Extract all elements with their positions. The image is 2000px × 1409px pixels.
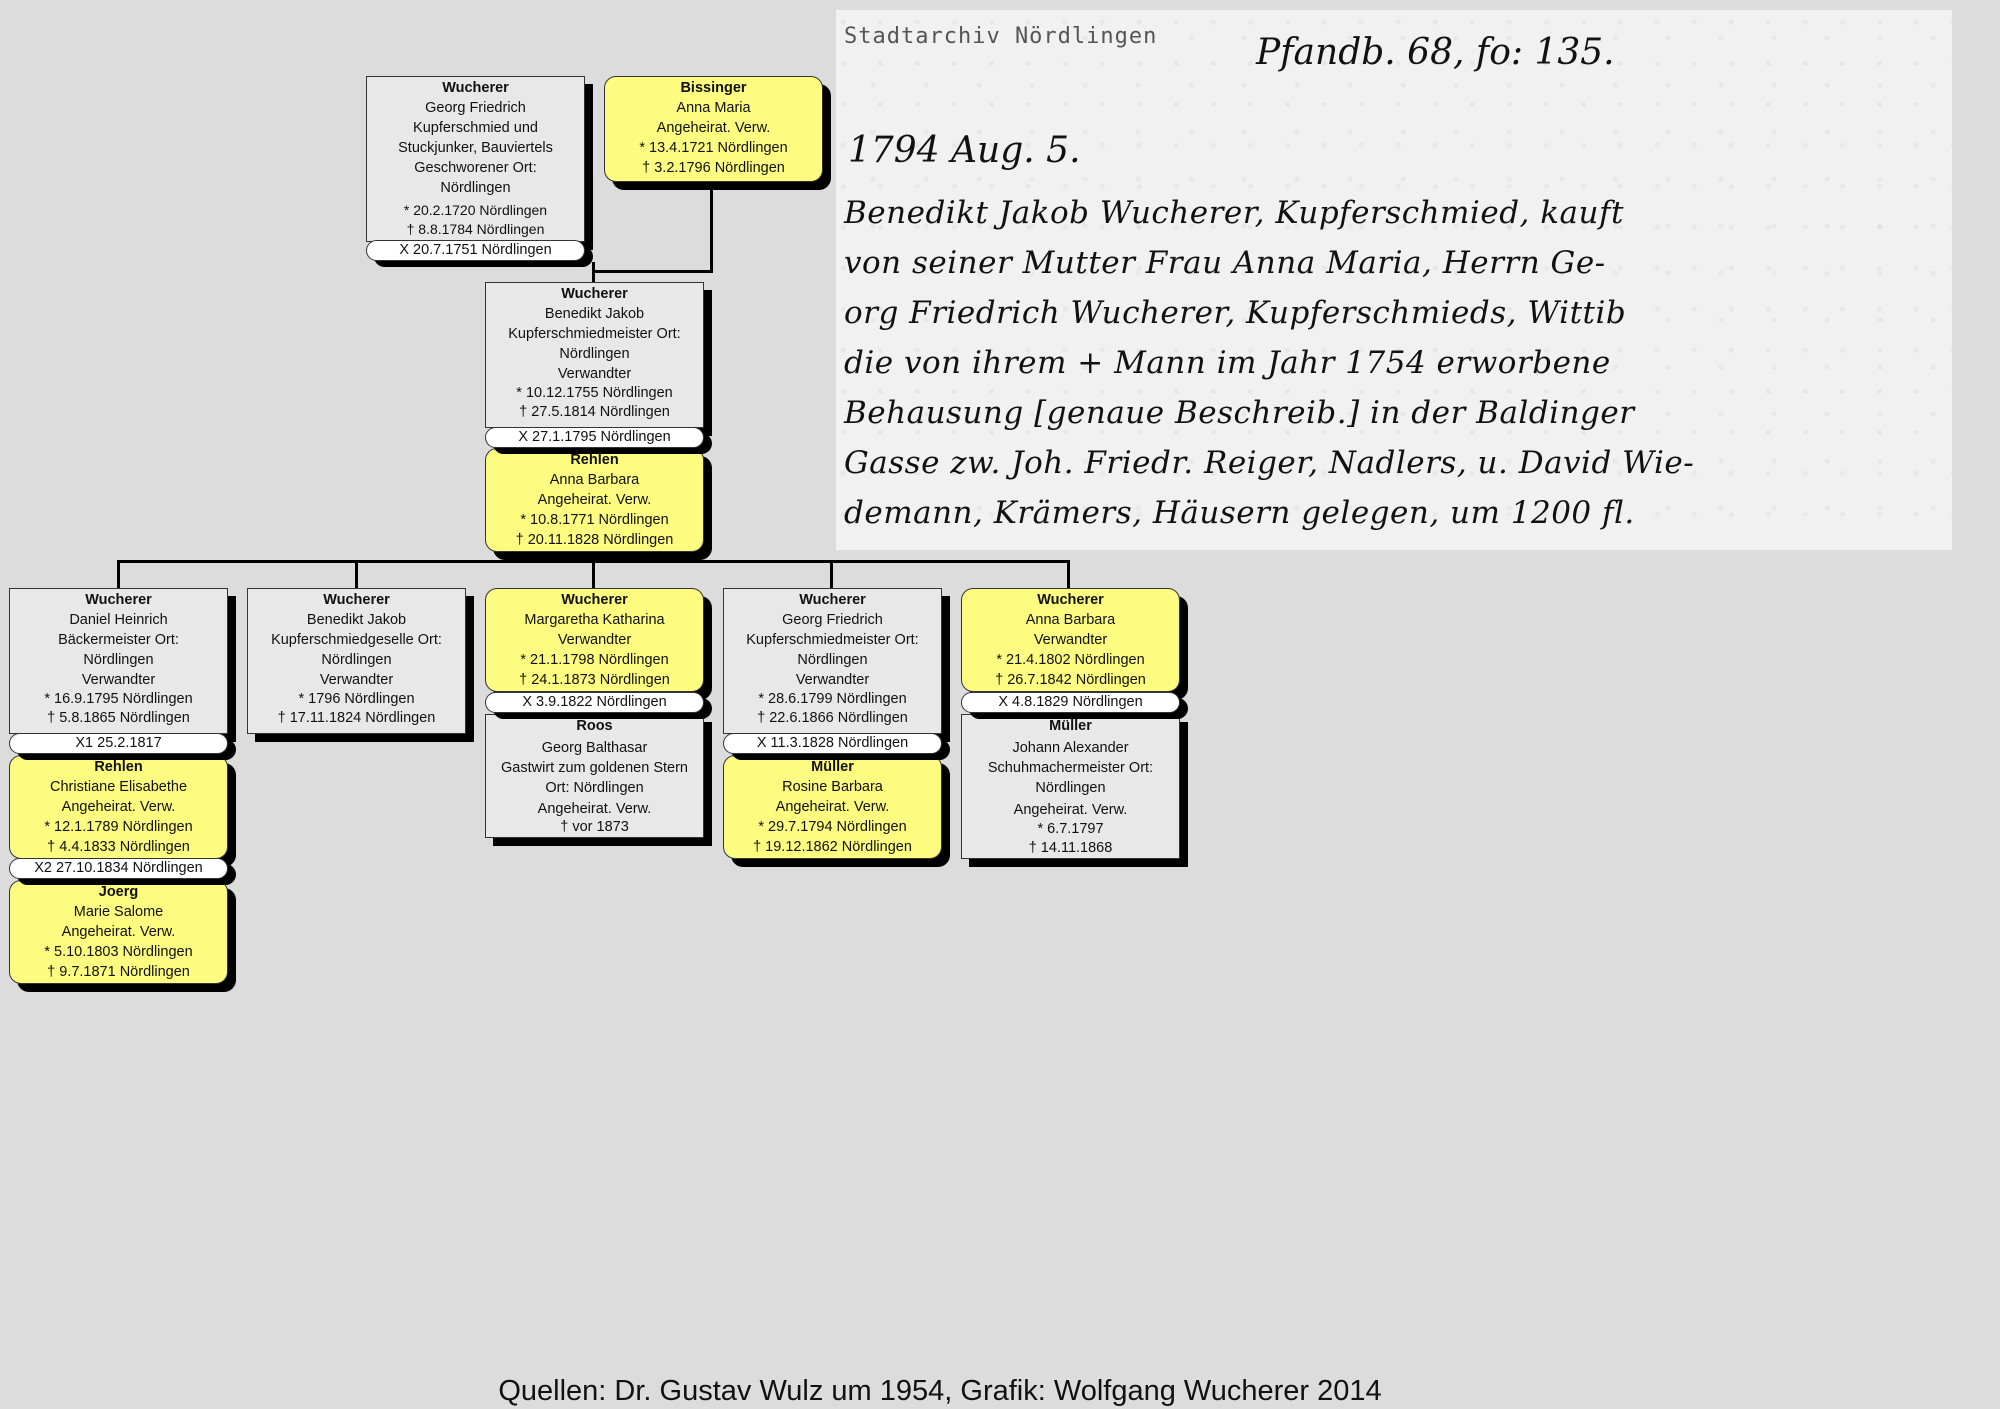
document-date: 1794 Aug. 5. bbox=[848, 130, 1081, 171]
person-box-spouse[interactable]: Müller Johann Alexander Schuhmachermeist… bbox=[961, 714, 1180, 859]
death-date: † 4.4.1833 Nördlingen bbox=[10, 837, 227, 857]
surname: Wucherer bbox=[367, 78, 584, 98]
occupation: Kupferschmied und bbox=[367, 118, 584, 138]
occupation: Gastwirt zum goldenen Stern bbox=[486, 758, 703, 778]
death-date: † 9.7.1871 Nördlingen bbox=[10, 962, 227, 982]
document-line: Gasse zw. Joh. Friedr. Reiger, Nadlers, … bbox=[844, 445, 1694, 481]
birth-date: * 13.4.1721 Nördlingen bbox=[605, 138, 822, 158]
birth-date: * 21.1.1798 Nördlingen bbox=[486, 650, 703, 670]
surname: Joerg bbox=[10, 882, 227, 902]
death-date: † 24.1.1873 Nördlingen bbox=[486, 670, 703, 690]
marriage-pill: X 11.3.1828 Nördlingen bbox=[723, 733, 942, 754]
surname: Wucherer bbox=[248, 590, 465, 610]
marriage-pill: X 4.8.1829 Nördlingen bbox=[961, 692, 1180, 713]
document-line: von seiner Mutter Frau Anna Maria, Herrn… bbox=[844, 245, 1606, 281]
given-name: Georg Balthasar bbox=[486, 738, 703, 758]
birth-date: * 6.7.1797 bbox=[962, 820, 1179, 839]
surname: Rehlen bbox=[486, 450, 703, 470]
document-line: demann, Krämers, Häusern gelegen, um 120… bbox=[844, 495, 1635, 531]
death-date: † 27.5.1814 Nördlingen bbox=[486, 403, 703, 422]
given-name: Rosine Barbara bbox=[724, 777, 941, 797]
person-box-spouse[interactable]: Müller Rosine Barbara Angeheirat. Verw. … bbox=[723, 755, 942, 859]
document-line: org Friedrich Wucherer, Kupferschmieds, … bbox=[844, 295, 1626, 331]
given-name: Christiane Elisabethe bbox=[10, 777, 227, 797]
given-name: Marie Salome bbox=[10, 902, 227, 922]
document-line: Benedikt Jakob Wucherer, Kupferschmied, … bbox=[844, 195, 1624, 231]
place: Nördlingen bbox=[962, 778, 1179, 798]
relation: Verwandter bbox=[10, 670, 227, 690]
place: Nördlingen bbox=[724, 650, 941, 670]
birth-date: * 10.12.1755 Nördlingen bbox=[486, 384, 703, 403]
occupation: Stuckjunker, Bauviertels bbox=[367, 138, 584, 158]
document-reference: Pfandb. 68, fo: 135. bbox=[1256, 32, 1615, 73]
birth-date: * 20.2.1720 Nördlingen bbox=[367, 201, 584, 220]
surname: Bissinger bbox=[605, 78, 822, 98]
connector-line bbox=[592, 560, 595, 590]
person-box-child[interactable]: Wucherer Georg Friedrich Kupferschmiedme… bbox=[723, 588, 942, 734]
relation: Angeheirat. Verw. bbox=[10, 922, 227, 942]
person-box-spouse[interactable]: Joerg Marie Salome Angeheirat. Verw. * 5… bbox=[9, 880, 228, 984]
marriage-pill: X2 27.10.1834 Nördlingen bbox=[9, 858, 228, 879]
relation: Verwandter bbox=[248, 670, 465, 690]
relation: Angeheirat. Verw. bbox=[605, 118, 822, 138]
occupation: Kupferschmiedgeselle Ort: bbox=[248, 630, 465, 650]
person-box-child[interactable]: Wucherer Benedikt Jakob Kupferschmiedges… bbox=[247, 588, 466, 734]
relation: Verwandter bbox=[486, 630, 703, 650]
place: Nördlingen bbox=[248, 650, 465, 670]
given-name: Daniel Heinrich bbox=[10, 610, 227, 630]
birth-date: * 1796 Nördlingen bbox=[248, 690, 465, 709]
person-box-spouse[interactable]: Roos Georg Balthasar Gastwirt zum golden… bbox=[485, 714, 704, 838]
birth-date: * 29.7.1794 Nördlingen bbox=[724, 817, 941, 837]
given-name: Anna Barbara bbox=[962, 610, 1179, 630]
death-date: † 14.11.1868 bbox=[962, 839, 1179, 858]
given-name: Benedikt Jakob bbox=[486, 304, 703, 324]
death-date: † 8.8.1784 Nördlingen bbox=[367, 220, 584, 239]
birth-date: * 28.6.1799 Nördlingen bbox=[724, 690, 941, 709]
given-name: Anna Maria bbox=[605, 98, 822, 118]
connector-line bbox=[117, 560, 120, 590]
person-box-grandfather[interactable]: Wucherer Georg Friedrich Kupferschmied u… bbox=[366, 76, 585, 242]
person-box-child[interactable]: Wucherer Anna Barbara Verwandter * 21.4.… bbox=[961, 588, 1180, 692]
birth-date: * 12.1.1789 Nördlingen bbox=[10, 817, 227, 837]
document-line: die von ihrem + Mann im Jahr 1754 erworb… bbox=[844, 345, 1611, 381]
document-line: Behausung [genaue Beschreib.] in der Bal… bbox=[844, 395, 1635, 431]
surname: Rehlen bbox=[10, 757, 227, 777]
given-name: Benedikt Jakob bbox=[248, 610, 465, 630]
surname: Roos bbox=[486, 716, 703, 736]
surname: Wucherer bbox=[486, 284, 703, 304]
birth-date: * 10.8.1771 Nördlingen bbox=[486, 510, 703, 530]
marriage-pill: X 27.1.1795 Nördlingen bbox=[485, 427, 704, 448]
person-box-child[interactable]: Wucherer Daniel Heinrich Bäckermeister O… bbox=[9, 588, 228, 734]
relation: Verwandter bbox=[962, 630, 1179, 650]
given-name: Anna Barbara bbox=[486, 470, 703, 490]
marriage-pill: X1 25.2.1817 bbox=[9, 733, 228, 754]
place: Nördlingen bbox=[10, 650, 227, 670]
birth-date: * 16.9.1795 Nördlingen bbox=[10, 690, 227, 709]
death-date: † 20.11.1828 Nördlingen bbox=[486, 530, 703, 550]
death-date: † 5.8.1865 Nördlingen bbox=[10, 709, 227, 728]
person-box-father[interactable]: Wucherer Benedikt Jakob Kupferschmiedmei… bbox=[485, 282, 704, 428]
surname: Müller bbox=[962, 716, 1179, 736]
relation: Angeheirat. Verw. bbox=[724, 797, 941, 817]
occupation: Schuhmachermeister Ort: bbox=[962, 758, 1179, 778]
marriage-pill: X 3.9.1822 Nördlingen bbox=[485, 692, 704, 713]
place: Nördlingen bbox=[486, 344, 703, 364]
given-name: Georg Friedrich bbox=[367, 98, 584, 118]
birth-date: * 5.10.1803 Nördlingen bbox=[10, 942, 227, 962]
relation: Angeheirat. Verw. bbox=[486, 490, 703, 510]
archive-document-scan: Stadtarchiv Nördlingen Pfandb. 68, fo: 1… bbox=[836, 10, 1952, 550]
given-name: Margaretha Katharina bbox=[486, 610, 703, 630]
connector-line bbox=[355, 560, 358, 590]
birth-date: * 21.4.1802 Nördlingen bbox=[962, 650, 1179, 670]
death-date: † 17.11.1824 Nördlingen bbox=[248, 709, 465, 728]
surname: Wucherer bbox=[724, 590, 941, 610]
death-date: † 3.2.1796 Nördlingen bbox=[605, 158, 822, 178]
connector-line bbox=[710, 182, 713, 272]
occupation: Bäckermeister Ort: bbox=[10, 630, 227, 650]
surname: Wucherer bbox=[486, 590, 703, 610]
relation: Verwandter bbox=[486, 364, 703, 384]
person-box-mother[interactable]: Rehlen Anna Barbara Angeheirat. Verw. * … bbox=[485, 448, 704, 552]
death-date: † vor 1873 bbox=[486, 819, 703, 836]
person-box-spouse[interactable]: Rehlen Christiane Elisabethe Angeheirat.… bbox=[9, 755, 228, 859]
relation: Angeheirat. Verw. bbox=[486, 800, 703, 819]
connector-line bbox=[1067, 560, 1070, 590]
death-date: † 19.12.1862 Nördlingen bbox=[724, 837, 941, 857]
sources-footer: Quellen: Dr. Gustav Wulz um 1954, Grafik… bbox=[0, 1375, 1880, 1408]
marriage-pill: X 20.7.1751 Nördlingen bbox=[366, 240, 585, 261]
occupation: Geschworener Ort: bbox=[367, 158, 584, 178]
death-date: † 22.6.1866 Nördlingen bbox=[724, 709, 941, 728]
surname: Müller bbox=[724, 757, 941, 777]
death-date: † 26.7.1842 Nördlingen bbox=[962, 670, 1179, 690]
relation: Angeheirat. Verw. bbox=[10, 797, 227, 817]
given-name: Johann Alexander bbox=[962, 738, 1179, 758]
person-box-grandmother[interactable]: Bissinger Anna Maria Angeheirat. Verw. *… bbox=[604, 76, 823, 182]
person-box-child[interactable]: Wucherer Margaretha Katharina Verwandter… bbox=[485, 588, 704, 692]
occupation: Kupferschmiedmeister Ort: bbox=[724, 630, 941, 650]
connector-line bbox=[592, 270, 713, 273]
connector-line bbox=[830, 560, 833, 590]
occupation: Kupferschmiedmeister Ort: bbox=[486, 324, 703, 344]
place: Ort: Nördlingen bbox=[486, 778, 703, 798]
given-name: Georg Friedrich bbox=[724, 610, 941, 630]
place: Nördlingen bbox=[367, 178, 584, 198]
relation: Angeheirat. Verw. bbox=[962, 800, 1179, 820]
surname: Wucherer bbox=[962, 590, 1179, 610]
archive-stamp: Stadtarchiv Nördlingen bbox=[844, 24, 1157, 49]
relation: Verwandter bbox=[724, 670, 941, 690]
surname: Wucherer bbox=[10, 590, 227, 610]
